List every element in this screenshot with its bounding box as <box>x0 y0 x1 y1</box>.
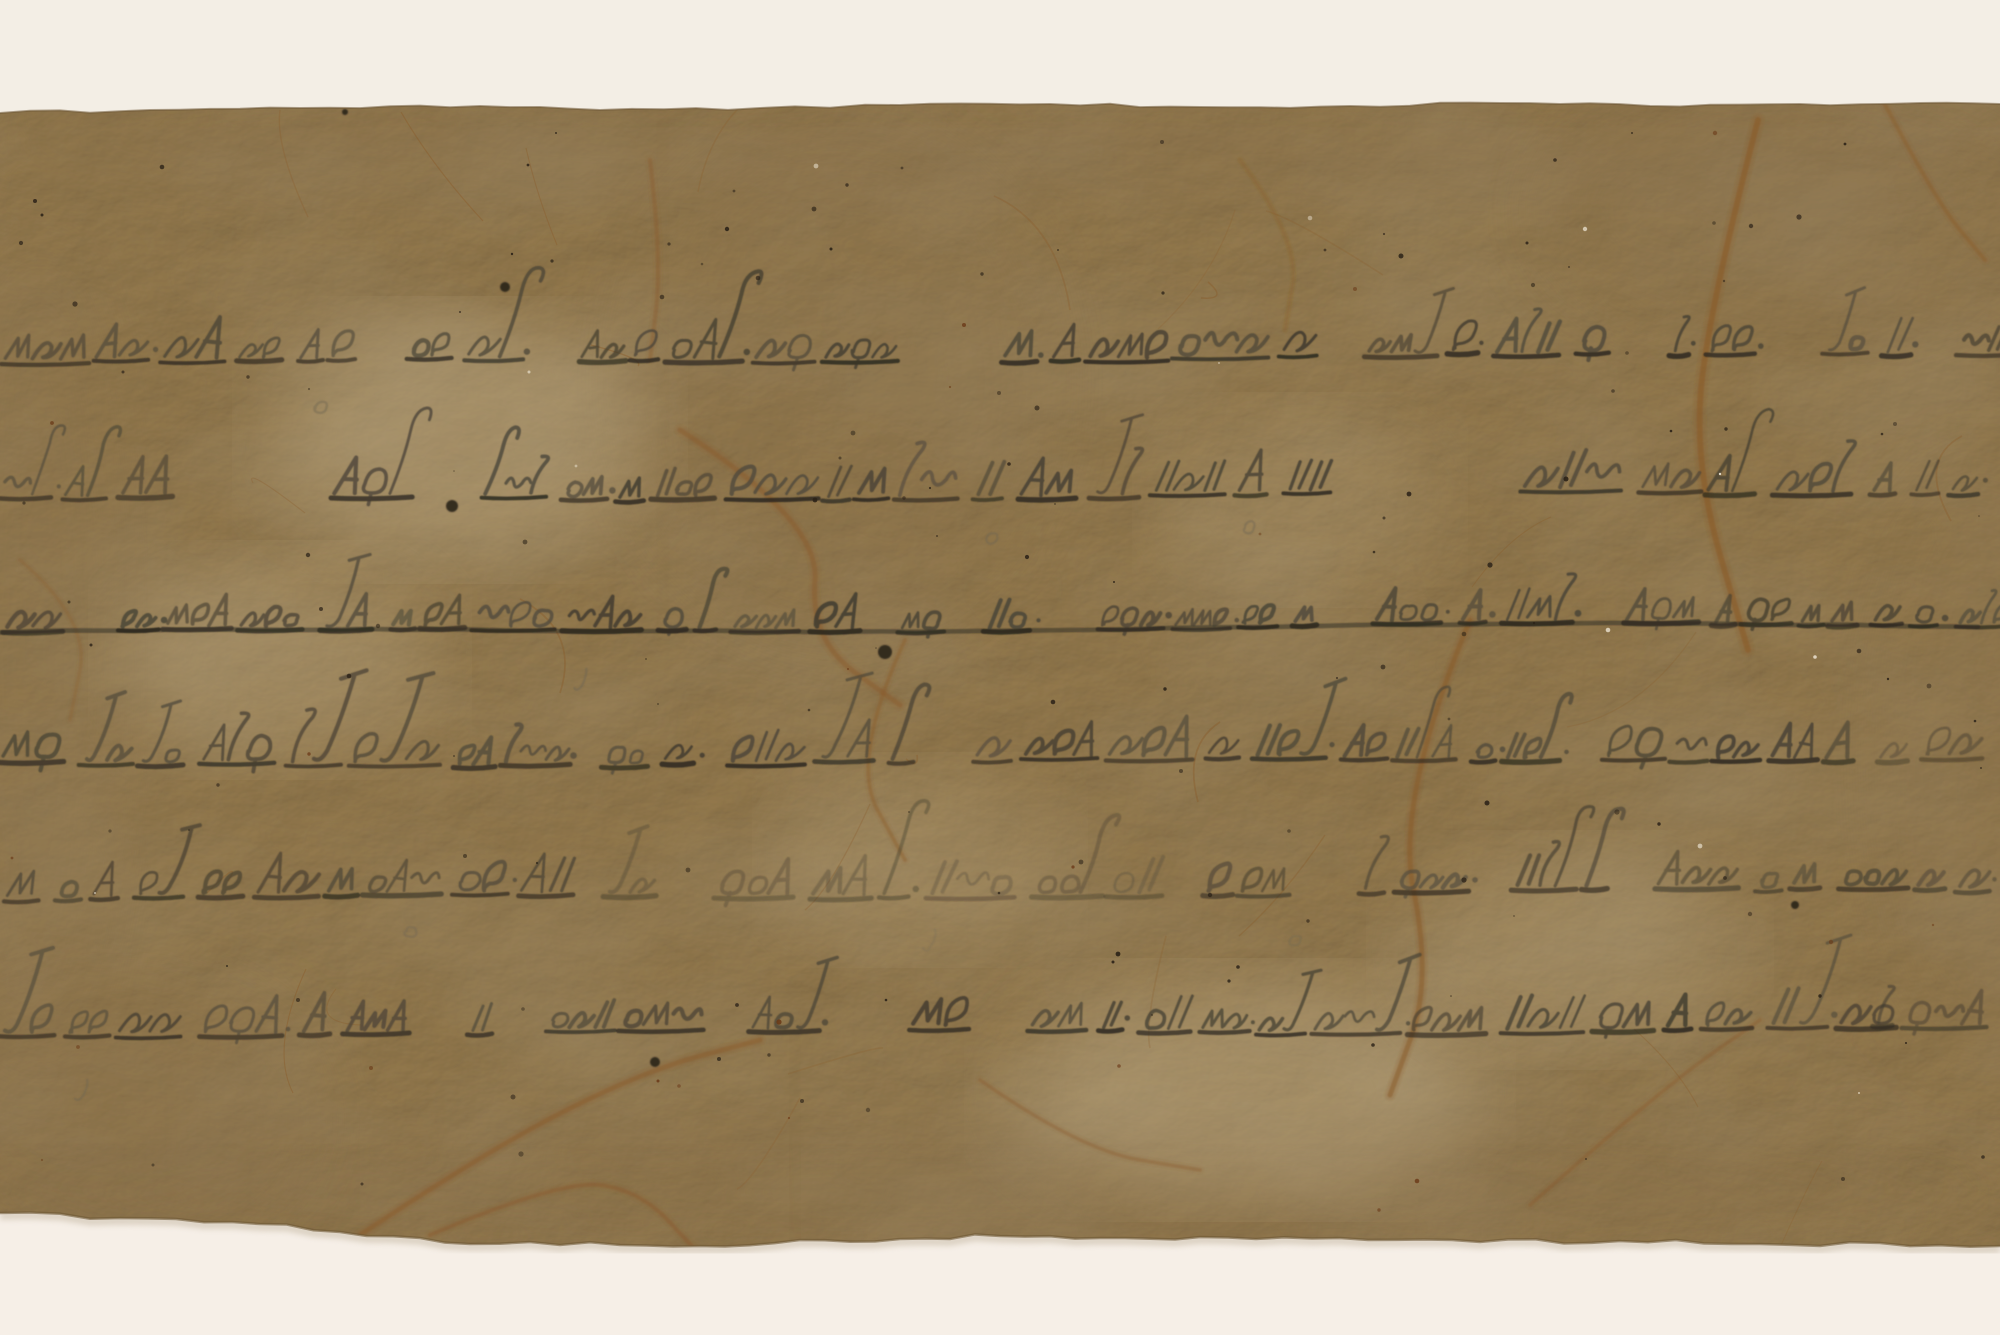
tone-blotch <box>1010 980 1470 1200</box>
manuscript-photo <box>0 0 2000 1335</box>
tone-blotch <box>1160 410 1440 590</box>
tone-blotch <box>620 120 1060 640</box>
tone-blotch <box>270 320 650 560</box>
paper-sheet <box>0 66 2000 1286</box>
tone-blotch <box>120 560 440 760</box>
tone-blotch <box>780 770 1060 950</box>
manuscript-canvas <box>0 0 2000 1335</box>
